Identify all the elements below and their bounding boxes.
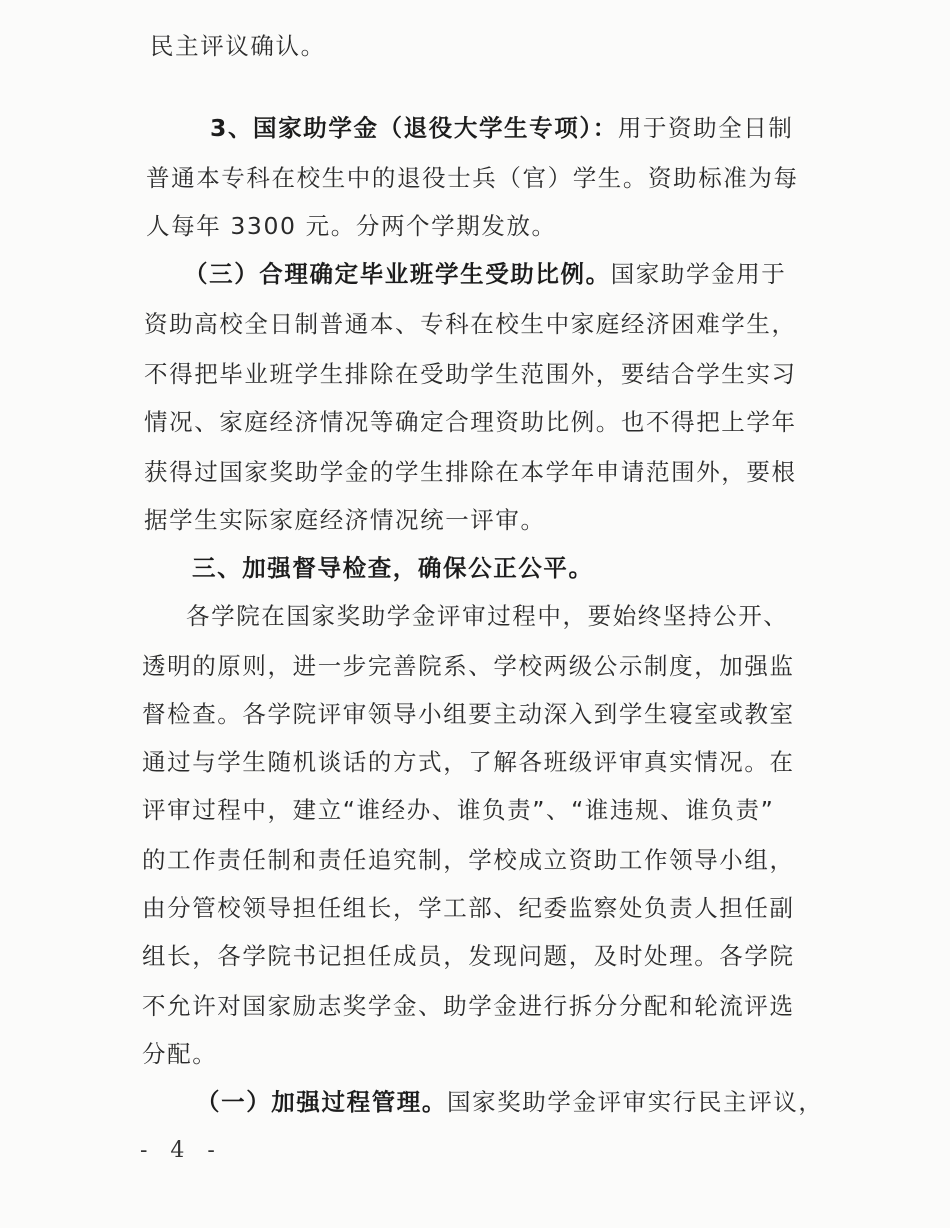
- text-line: （三）合理确定毕业班学生受助比例。国家助学金用于: [184, 258, 950, 290]
- body-text: 通过与学生随机谈话的方式，了解各班级评审真实情况。在: [142, 748, 795, 776]
- text-line: （一）加强过程管理。国家奖助学金评审实行民主评议，: [196, 1086, 950, 1118]
- body-text: 分配。: [142, 1040, 217, 1068]
- body-text: 人每年 3300 元。分两个学期发放。: [146, 212, 557, 240]
- text-line: 情况、家庭经济情况等确定合理资助比例。也不得把上学年: [144, 406, 950, 438]
- body-text: 透明的原则，进一步完善院系、学校两级公示制度，加强监: [142, 652, 795, 680]
- body-text: 的工作责任制和责任追究制，学校成立资助工作领导小组，: [142, 846, 795, 874]
- text-line: 普通本专科在校生中的退役士兵（官）学生。资助标准为每: [146, 162, 950, 194]
- body-text: 资助高校全日制普通本、专科在校生中家庭经济困难学生，: [144, 310, 797, 338]
- text-line: 三、加强督导检查，确保公正公平。: [192, 552, 950, 584]
- text-line: 资助高校全日制普通本、专科在校生中家庭经济困难学生，: [144, 308, 950, 340]
- body-text: 组长，各学院书记担任成员，发现问题，及时处理。各学院: [142, 942, 795, 970]
- text-line: 不允许对国家励志奖学金、助学金进行拆分分配和轮流评选: [142, 990, 950, 1022]
- bold-heading-text: （三）合理确定毕业班学生受助比例。: [184, 260, 611, 288]
- text-line: 人每年 3300 元。分两个学期发放。: [146, 210, 950, 242]
- bold-heading-text: 3、国家助学金（退役大学生专项）：: [210, 114, 618, 142]
- bold-heading-text: 三、加强督导检查，确保公正公平。: [192, 554, 594, 582]
- body-text: 不得把毕业班学生排除在受助学生范围外，要结合学生实习: [144, 360, 797, 388]
- body-text: 据学生实际家庭经济情况统一评审。: [144, 506, 546, 534]
- body-text: 获得过国家奖助学金的学生排除在本学年申请范围外，要根: [144, 458, 797, 486]
- body-text: 不允许对国家励志奖学金、助学金进行拆分分配和轮流评选: [142, 992, 795, 1020]
- body-text: 由分管校领导担任组长，学工部、纪委监察处负责人担任副: [142, 894, 795, 922]
- body-text: 用于资助全日制: [618, 114, 794, 142]
- text-line: 3、国家助学金（退役大学生专项）：用于资助全日制: [210, 112, 950, 144]
- text-line: 据学生实际家庭经济情况统一评审。: [144, 504, 950, 536]
- text-line: 民主评议确认。: [150, 30, 950, 62]
- body-text: 评审过程中，建立“谁经办、谁负责”、“谁违规、谁负责”: [142, 796, 774, 824]
- bold-heading-text: （一）加强过程管理。: [196, 1088, 447, 1116]
- text-line: 各学院在国家奖助学金评审过程中，要始终坚持公开、: [186, 600, 950, 632]
- text-line: 评审过程中，建立“谁经办、谁负责”、“谁违规、谁负责”: [142, 794, 950, 826]
- body-text: 国家助学金用于: [611, 260, 787, 288]
- text-line: 不得把毕业班学生排除在受助学生范围外，要结合学生实习: [144, 358, 950, 390]
- text-line: 组长，各学院书记担任成员，发现问题，及时处理。各学院: [142, 940, 950, 972]
- body-text: 情况、家庭经济情况等确定合理资助比例。也不得把上学年: [144, 408, 797, 436]
- text-line: 透明的原则，进一步完善院系、学校两级公示制度，加强监: [142, 650, 950, 682]
- body-text: 普通本专科在校生中的退役士兵（官）学生。资助标准为每: [146, 164, 799, 192]
- body-text: 各学院在国家奖助学金评审过程中，要始终坚持公开、: [186, 602, 788, 630]
- text-line: 获得过国家奖助学金的学生排除在本学年申请范围外，要根: [144, 456, 950, 488]
- body-text: 督检查。各学院评审领导小组要主动深入到学生寝室或教室: [142, 700, 795, 728]
- text-line: 由分管校领导担任组长，学工部、纪委监察处负责人担任副: [142, 892, 950, 924]
- text-line: 的工作责任制和责任追究制，学校成立资助工作领导小组，: [142, 844, 950, 876]
- body-text: 民主评议确认。: [150, 32, 326, 60]
- text-line: 督检查。各学院评审领导小组要主动深入到学生寝室或教室: [142, 698, 950, 730]
- document-page: 民主评议确认。3、国家助学金（退役大学生专项）：用于资助全日制普通本专科在校生中…: [0, 0, 950, 1228]
- text-line: 通过与学生随机谈话的方式，了解各班级评审真实情况。在: [142, 746, 950, 778]
- page-number: - 4 -: [140, 1138, 223, 1163]
- text-line: 分配。: [142, 1038, 950, 1070]
- body-text: 国家奖助学金评审实行民主评议，: [447, 1088, 824, 1116]
